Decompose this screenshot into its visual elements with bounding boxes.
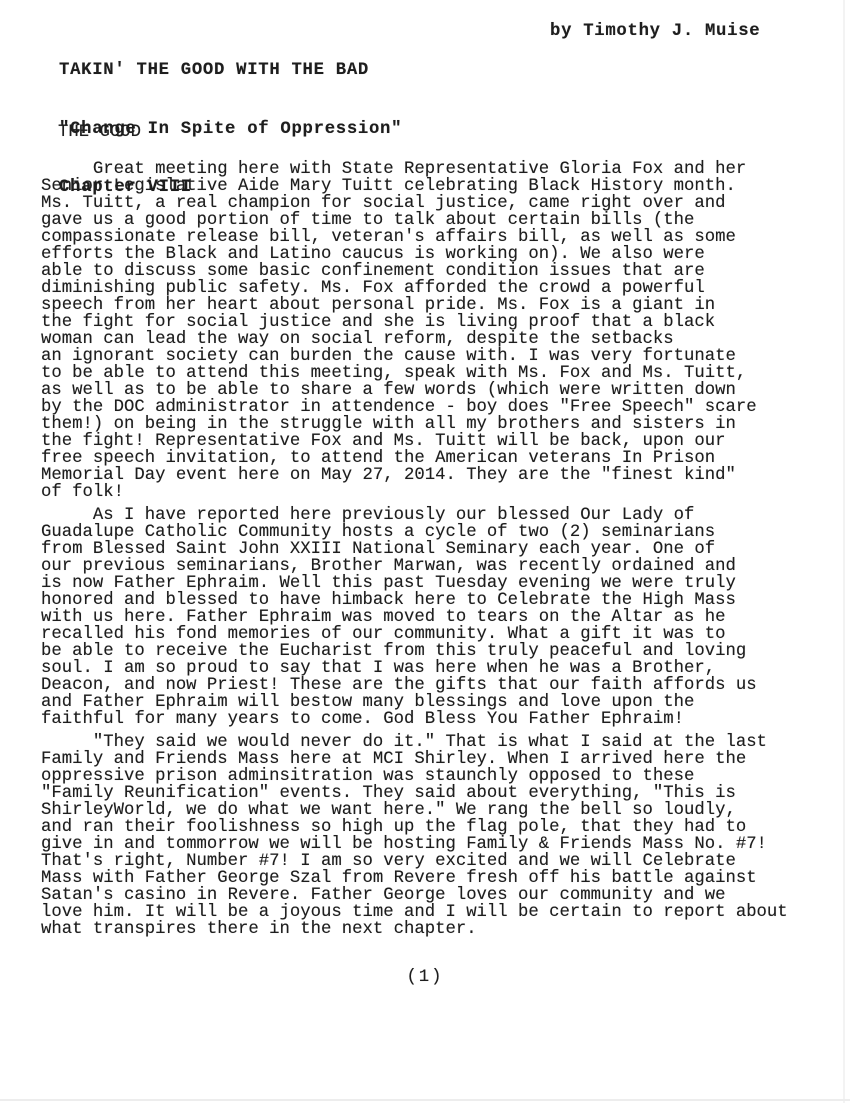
title-line-1: TAKIN' THE GOOD WITH THE BAD: [59, 61, 402, 81]
byline: by Timothy J. Muise: [550, 22, 760, 42]
section-heading: THE GOOD: [58, 124, 141, 141]
paragraph-1: Great meeting here with State Representa…: [41, 161, 831, 501]
paragraph-2: As I have reported here previously our b…: [41, 507, 831, 728]
page-number: (1): [0, 969, 850, 986]
scan-artifact-right-edge: [843, 0, 845, 1103]
paragraph-3: "They said we would never do it." That i…: [41, 734, 831, 938]
document-page: TAKIN' THE GOOD WITH THE BAD "Change In …: [0, 0, 850, 1103]
scan-artifact-bottom-edge: [0, 1099, 850, 1101]
document-body: Great meeting here with State Representa…: [41, 161, 831, 944]
